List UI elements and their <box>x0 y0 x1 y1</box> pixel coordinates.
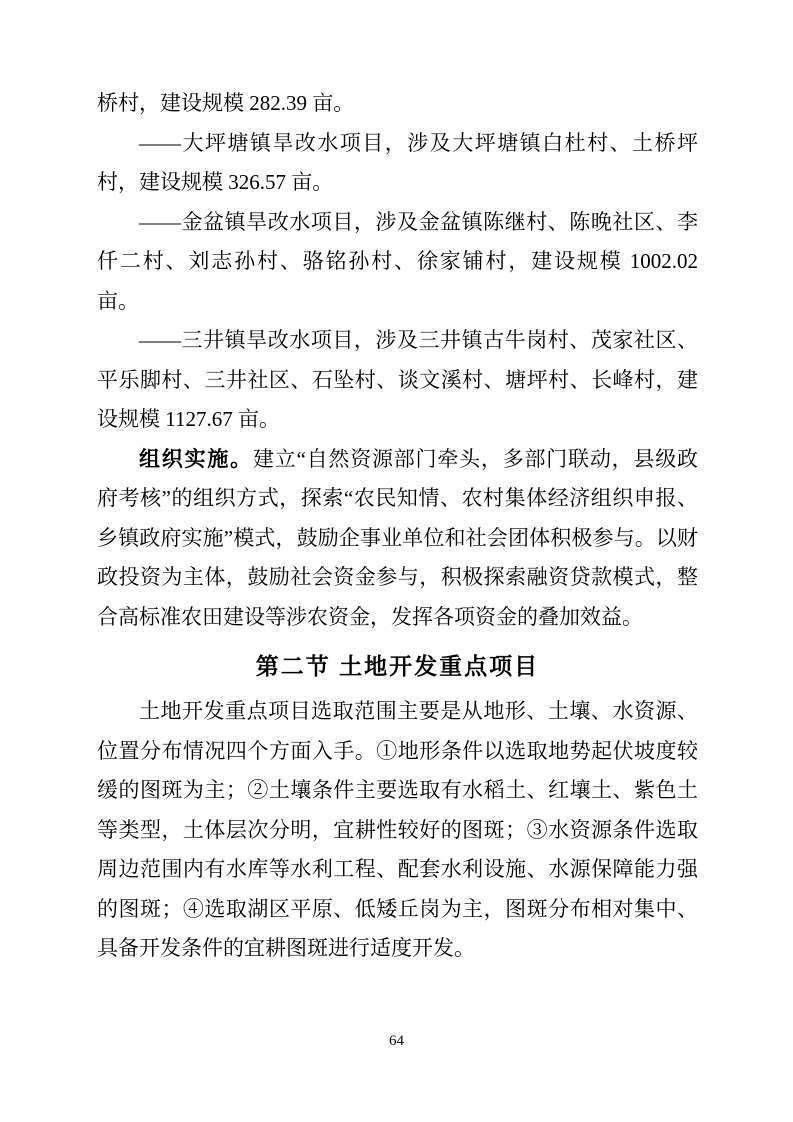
paragraph-continuation-qiaocun: 桥村，建设规模 282.39 亩。 <box>97 84 698 124</box>
paragraph-lead-bold: 组织实施。 <box>139 448 253 471</box>
paragraph-organization-implementation: 组织实施。建立“自然资源部门牵头，多部门联动，县级政府考核”的组织方式，探索“农… <box>97 440 698 638</box>
page-number: 64 <box>0 1033 793 1050</box>
paragraph-jinpen-project: ——金盆镇旱改水项目，涉及金盆镇陈继村、陈晚社区、李仟二村、刘志孙村、骆铭孙村、… <box>97 203 698 322</box>
document-page: 桥村，建设规模 282.39 亩。 ——大坪塘镇旱改水项目，涉及大坪塘镇白杜村、… <box>0 0 793 1122</box>
paragraph-dapingtang-project: ——大坪塘镇旱改水项目，涉及大坪塘镇白杜村、土桥坪村，建设规模 326.57 亩… <box>97 124 698 203</box>
section-heading: 第二节 土地开发重点项目 <box>97 647 698 686</box>
paragraph-land-development-selection: 土地开发重点项目选取范围主要是从地形、土壤、水资源、位置分布情况四个方面入手。①… <box>97 692 698 969</box>
paragraph-lead-body: 建立“自然资源部门牵头，多部门联动，县级政府考核”的组织方式，探索“农民知情、农… <box>97 447 698 629</box>
paragraph-sanjing-project: ——三井镇旱改水项目，涉及三井镇古牛岗村、茂家社区、平乐脚村、三井社区、石坠村、… <box>97 321 698 440</box>
document-body: 桥村，建设规模 282.39 亩。 ——大坪塘镇旱改水项目，涉及大坪塘镇白杜村、… <box>97 84 698 969</box>
